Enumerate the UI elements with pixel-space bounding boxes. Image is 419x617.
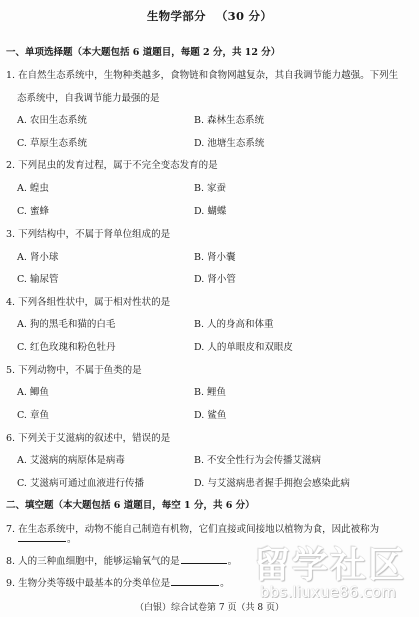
watermark: 留学社区 bbs.liuxue86.com [254, 547, 414, 607]
question-3-option-c: C. 输尿管 [17, 271, 58, 285]
question-6-option-b: B. 不安全性行为会传播艾滋病 [194, 452, 321, 466]
question-7-tail: 。 [67, 534, 77, 545]
question-4-option-b: B. 人的身高和体重 [194, 316, 274, 330]
question-8-stem: 8. 人的三种血细胞中，能够运输氧气的是 [6, 556, 180, 567]
question-7-answer-line: 。 [17, 531, 77, 545]
question-4-option-d: D. 人的单眼皮和双眼皮 [194, 339, 293, 353]
watermark-url: bbs.liuxue86.com [260, 583, 396, 601]
question-2-stem: 2. 下列昆虫的发育过程，属于不完全变态发育的是 [6, 157, 218, 171]
question-1-stem-cont: 态系统中，自我调节能力最强的是 [17, 90, 160, 104]
section-heading-fill-blank: 二、填空题（本大题包括 6 道题目，每空 1 分，共 6 分） [6, 497, 255, 511]
question-5-option-a: A. 鲫鱼 [17, 384, 49, 398]
exam-page: 生物学部分（30 分） 一、单项选择题（本大题包括 6 道题目，每题 2 分，共… [0, 0, 419, 617]
page-title: 生物学部分（30 分） [0, 8, 419, 24]
question-4-option-c: C. 红色玫瑰和粉色牡丹 [17, 339, 115, 353]
question-3-option-a: A. 肾小球 [17, 249, 58, 263]
question-5-stem: 5. 下列动物中，不属于鱼类的是 [6, 362, 142, 376]
question-1-option-a: A. 农田生态系统 [17, 112, 87, 126]
question-9-tail: 。 [220, 578, 230, 589]
section-heading-choice: 一、单项选择题（本大题包括 6 道题目，每题 2 分，共 12 分） [6, 44, 280, 58]
question-1-stem: 1. 在自然生态系统中，生物种类越多，食物链和食物网越复杂，其自我调节能力越强。… [6, 67, 398, 81]
question-7-blank[interactable] [18, 541, 66, 542]
question-3-option-b: B. 肾小囊 [194, 249, 236, 263]
question-4-option-a: A. 狗的黑毛和猫的白毛 [17, 316, 115, 330]
question-2-option-c: C. 蜜蜂 [17, 203, 49, 217]
question-4-stem: 4. 下列各组性状中，属于相对性状的是 [6, 294, 170, 308]
question-9-line: 9. 生物分类等级中最基本的分类单位是。 [6, 575, 230, 589]
question-3-stem: 3. 下列结构中，不属于肾单位组成的是 [6, 226, 170, 240]
title-text: 生物学部分 [147, 9, 206, 23]
question-6-stem: 6. 下列关于艾滋病的叙述中，错误的是 [6, 430, 170, 444]
question-8-line: 8. 人的三种血细胞中，能够运输氧气的是。 [6, 553, 237, 567]
question-5-option-d: D. 鲨鱼 [194, 407, 226, 421]
question-2-option-d: D. 蝴蝶 [194, 203, 226, 217]
question-9-stem: 9. 生物分类等级中最基本的分类单位是 [6, 578, 170, 589]
page-footer: （白银）综合试卷第 7 页（共 8 页） [0, 600, 419, 613]
question-8-blank[interactable] [181, 563, 227, 564]
question-1-option-c: C. 草原生态系统 [17, 135, 87, 149]
question-1-option-d: D. 池塘生态系统 [194, 135, 264, 149]
question-2-option-a: A. 蝗虫 [17, 180, 49, 194]
watermark-logo-text: 留学社区 [254, 547, 406, 585]
question-9-blank[interactable] [171, 585, 219, 586]
title-score: （30 分） [216, 9, 272, 23]
question-6-option-d: D. 与艾滋病患者握手拥抱会感染此病 [194, 475, 350, 489]
question-6-option-a: A. 艾滋病的病原体是病毒 [17, 452, 125, 466]
question-3-option-d: D. 肾小管 [194, 271, 236, 285]
question-6-option-c: C. 艾滋病可通过血液进行传播 [17, 475, 144, 489]
question-8-tail: 。 [228, 556, 238, 567]
question-1-option-b: B. 森林生态系统 [194, 112, 264, 126]
question-5-option-b: B. 鲤鱼 [194, 384, 226, 398]
question-2-option-b: B. 家蚕 [194, 180, 226, 194]
question-5-option-c: C. 章鱼 [17, 407, 49, 421]
